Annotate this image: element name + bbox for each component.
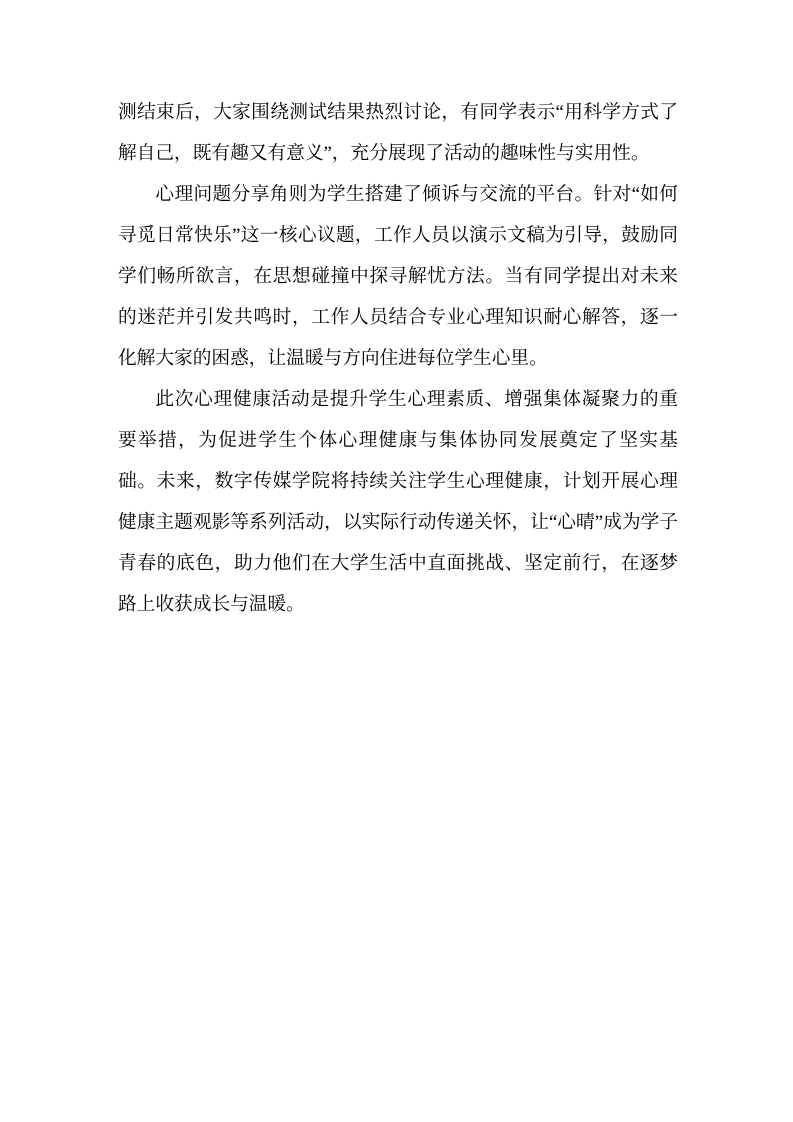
paragraph: 此次心理健康活动是提升学生心理素质、增强集体凝聚力的重要举措，为促进学生个体心理… xyxy=(118,379,678,625)
paragraph: 测结束后，大家围绕测试结果热烈讨论，有同学表示“用科学方式了解自己，既有趣又有意… xyxy=(118,92,678,174)
paragraph: 心理问题分享角则为学生搭建了倾诉与交流的平台。针对“如何寻觅日常快乐”这一核心议… xyxy=(118,174,678,379)
document-body-text: 测结束后，大家围绕测试结果热烈讨论，有同学表示“用科学方式了解自己，既有趣又有意… xyxy=(118,92,678,625)
document-page: 测结束后，大家围绕测试结果热烈讨论，有同学表示“用科学方式了解自己，既有趣又有意… xyxy=(0,0,793,1122)
